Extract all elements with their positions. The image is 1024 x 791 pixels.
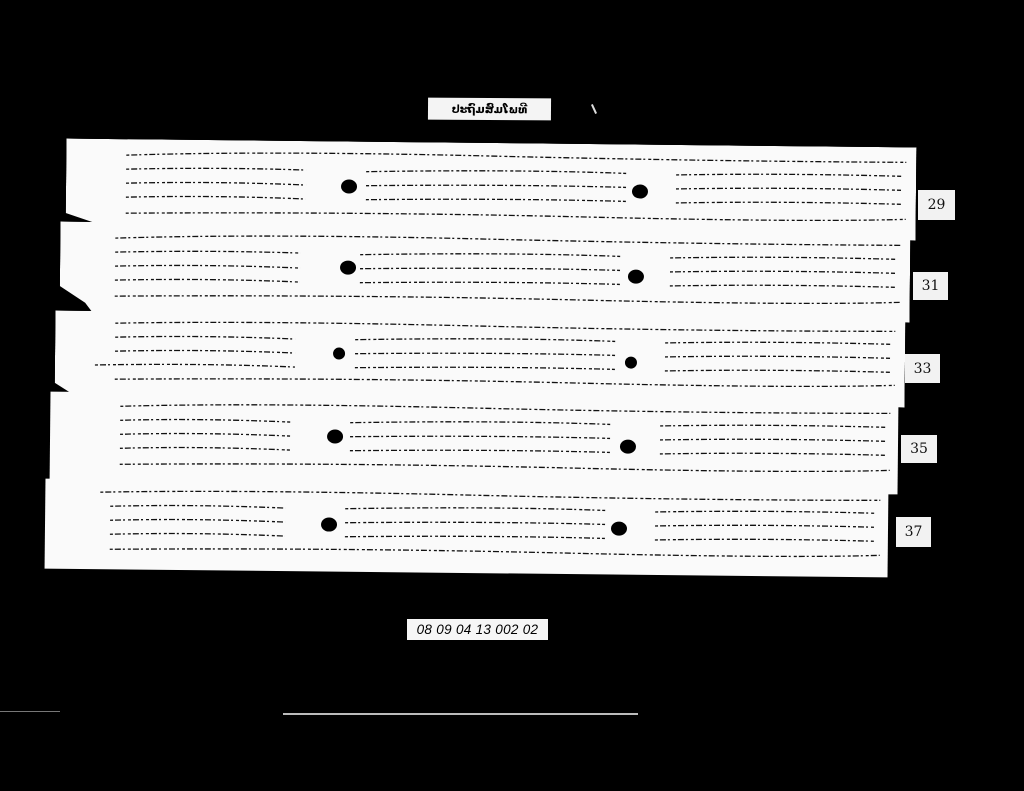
binding-hole xyxy=(327,429,343,443)
page-number-label: 31 xyxy=(913,272,948,300)
handwritten-script xyxy=(45,479,889,578)
handwritten-script xyxy=(60,222,911,323)
palm-leaf-page-37 xyxy=(45,479,889,578)
binding-hole xyxy=(625,357,637,369)
binding-hole xyxy=(321,517,337,531)
binding-hole xyxy=(620,440,636,454)
registration-mark xyxy=(591,104,597,114)
binding-hole xyxy=(632,184,648,198)
palm-leaf-page-31 xyxy=(60,222,911,323)
page-number-label: 37 xyxy=(896,517,931,547)
binding-hole xyxy=(611,522,627,536)
binding-hole xyxy=(333,347,345,359)
page-number-label: 35 xyxy=(901,435,937,463)
microfilm-id-label: 08 09 04 13 002 02 xyxy=(407,619,548,640)
page-number-label: 33 xyxy=(905,354,940,383)
manuscript-title-label: ປະຖົມສົມໂພທີ xyxy=(428,98,551,121)
binding-hole xyxy=(341,179,357,193)
binding-hole xyxy=(628,269,644,283)
film-edge-line xyxy=(0,711,60,712)
binding-hole xyxy=(340,260,356,274)
film-edge-line xyxy=(283,713,638,715)
page-number-label: 29 xyxy=(918,190,955,220)
